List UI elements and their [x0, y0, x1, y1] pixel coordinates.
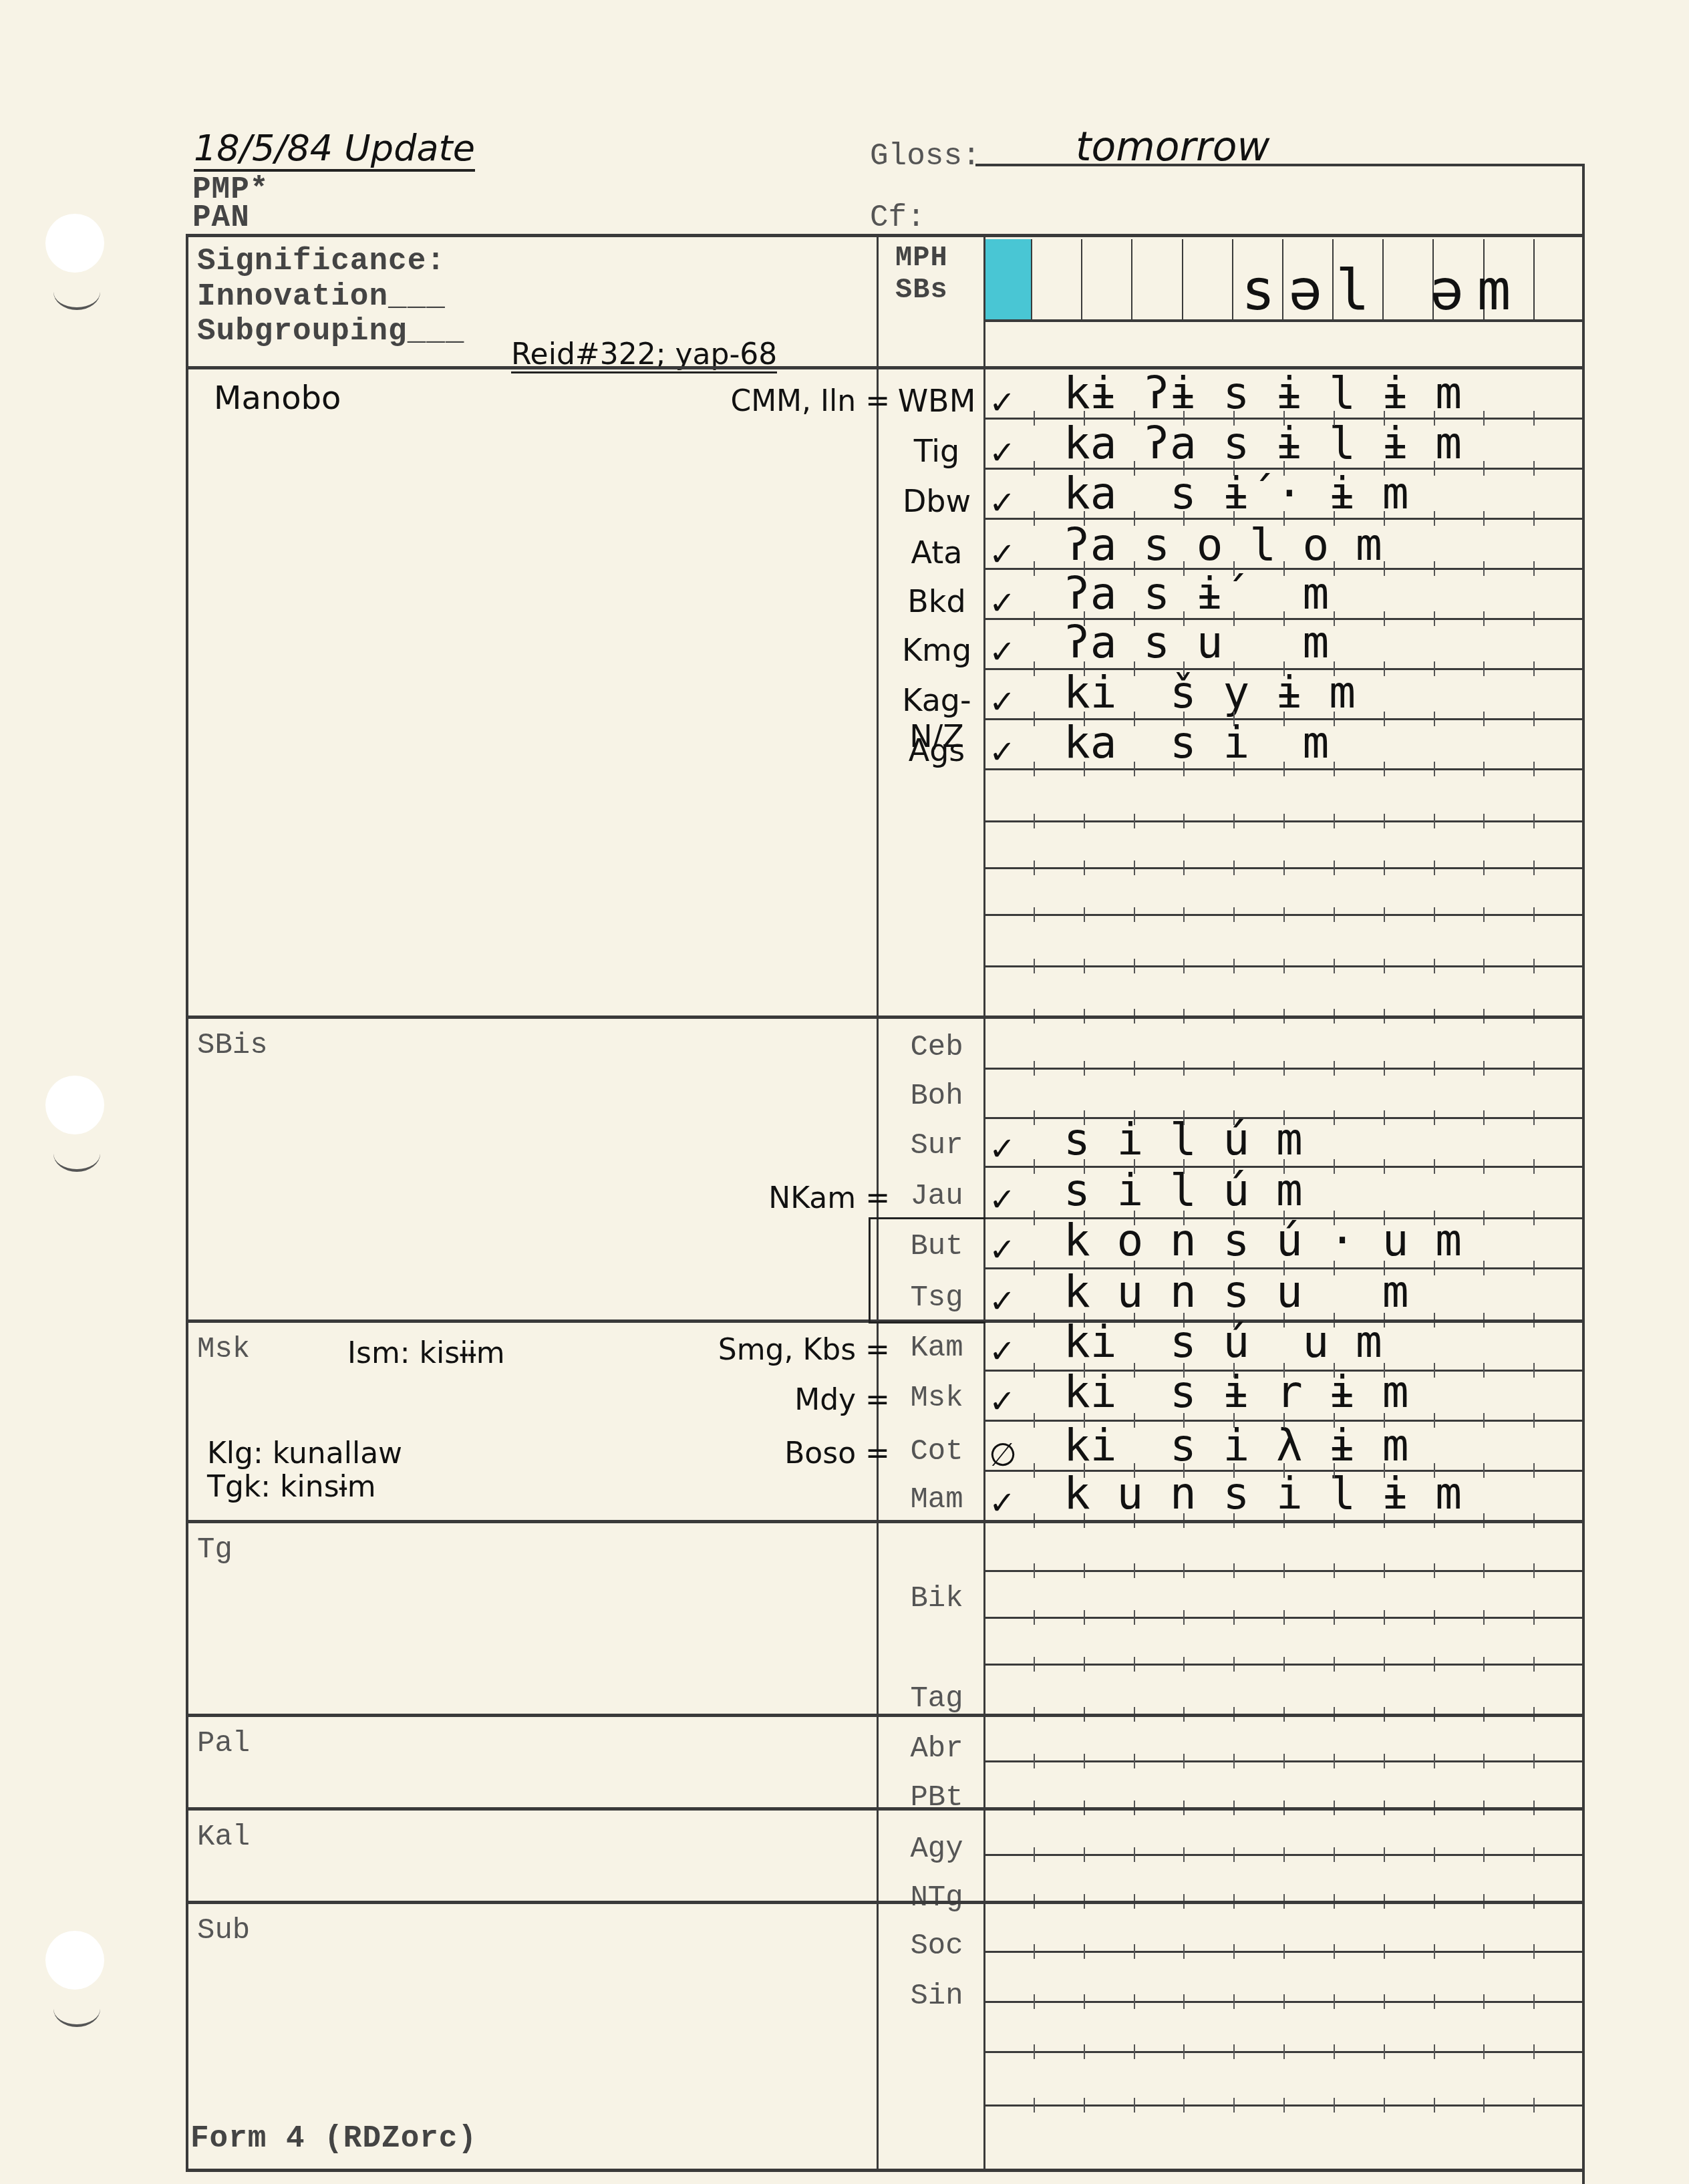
- binder-hole-top-shadow: [53, 274, 100, 310]
- grid-tick: [1334, 1061, 1335, 1076]
- grid-tick: [1233, 1463, 1235, 1478]
- grid-tick: [1034, 661, 1035, 676]
- binder-hole-bottom: [45, 1931, 104, 1990]
- grid-tick: [1334, 511, 1335, 526]
- grid-tick: [1233, 411, 1235, 426]
- grid-tick: [1084, 2098, 1085, 2113]
- grid-tick: [1334, 611, 1335, 626]
- grid-tick: [1334, 1363, 1335, 1378]
- grid-tick: [1334, 959, 1335, 973]
- grid-tick: [1533, 661, 1535, 676]
- grid-tick: [1084, 1159, 1085, 1174]
- row-label: Bik: [890, 1582, 983, 1615]
- grid-tick: [1483, 1363, 1485, 1378]
- grid-tick: [1183, 959, 1185, 973]
- grid-tick: [1384, 1363, 1385, 1378]
- row-label: Bkd: [890, 583, 983, 619]
- grid-tick: [1084, 1363, 1085, 1378]
- grid-tick: [1283, 762, 1285, 776]
- grid-tick: [1283, 712, 1285, 726]
- grid-tick: [1533, 411, 1535, 426]
- grid-tick: [1434, 1847, 1435, 1862]
- row-label: NTg: [890, 1881, 983, 1915]
- grid-tick: [1334, 1610, 1335, 1625]
- grid-tick: [1034, 1261, 1035, 1275]
- row-reflex-form: ki s ɨ r ɨ m: [1064, 1366, 1409, 1418]
- grid-tick: [1283, 1847, 1285, 1862]
- grid-tick: [1034, 1563, 1035, 1578]
- proto-cell-divider: [1182, 239, 1183, 321]
- grid-tick: [1384, 1994, 1385, 2009]
- grid-tick: [1034, 1463, 1035, 1478]
- grid-tick: [1183, 814, 1185, 828]
- section-note: Tgk: kinsɨm: [207, 1470, 376, 1504]
- grid-tick: [1283, 1110, 1285, 1125]
- grid-tick: [1134, 1159, 1135, 1174]
- row-reflex-form: ki š y ɨ m: [1064, 667, 1356, 718]
- grid-tick: [1084, 1211, 1085, 1225]
- grid-tick: [1134, 511, 1135, 526]
- grid-tick: [1084, 611, 1085, 626]
- grid-tick: [1134, 861, 1135, 875]
- grid-tick: [1533, 861, 1535, 875]
- grid-tick: [1283, 661, 1285, 676]
- proto-cell-divider: [1031, 239, 1032, 321]
- grid-tick: [1183, 561, 1185, 576]
- proto-label-sbs: SBs: [895, 274, 948, 306]
- grid-tick: [1283, 1061, 1285, 1076]
- grid-tick: [1084, 861, 1085, 875]
- grid-tick: [1233, 2044, 1235, 2059]
- grid-tick: [1384, 611, 1385, 626]
- grid-tick: [1533, 1847, 1535, 1862]
- grid-tick: [1183, 1211, 1185, 1225]
- grid-tick: [1533, 1754, 1535, 1768]
- grid-tick: [1384, 511, 1385, 526]
- row-check-mark: ✓: [989, 1485, 1016, 1522]
- grid-tick: [1034, 1847, 1035, 1862]
- grid-tick: [1533, 1994, 1535, 2009]
- grid-tick: [1533, 762, 1535, 776]
- grid-tick: [1334, 411, 1335, 426]
- grid-tick: [1334, 561, 1335, 576]
- grid-tick: [1134, 1211, 1135, 1225]
- grid-tick: [1533, 1261, 1535, 1275]
- grid-tick: [1084, 762, 1085, 776]
- grid-tick: [1034, 814, 1035, 828]
- grid-tick: [1183, 861, 1185, 875]
- grid-tick: [1134, 1563, 1135, 1578]
- row-check-mark: ✓: [989, 1283, 1016, 1320]
- row-label: Sin: [890, 1980, 983, 2013]
- grid-tick: [1183, 1754, 1185, 1768]
- grid-tick: [1384, 959, 1385, 973]
- grid-tick: [1233, 712, 1235, 726]
- but-tsg-bracket: [869, 1217, 985, 1323]
- row-reflex-form: k o n s ú · u m: [1064, 1215, 1462, 1266]
- grid-tick: [1134, 411, 1135, 426]
- frame-bottom: [186, 2169, 1585, 2172]
- grid-tick: [1134, 1363, 1135, 1378]
- row-label: Sur: [890, 1129, 983, 1162]
- grid-tick: [1483, 907, 1485, 922]
- grid-tick: [1183, 1463, 1185, 1478]
- grid-tick: [1533, 959, 1535, 973]
- row-label: Abr: [890, 1732, 983, 1766]
- section-label-manobo: Manobo: [214, 379, 341, 417]
- grid-tick: [1283, 1159, 1285, 1174]
- grid-tick: [1334, 2044, 1335, 2059]
- grid-tick: [1483, 461, 1485, 476]
- row-label: Tag: [890, 1682, 983, 1716]
- grid-tick: [1233, 2098, 1235, 2113]
- grid-tick: [1084, 511, 1085, 526]
- grid-tick: [1283, 1413, 1285, 1428]
- grid-tick: [1483, 814, 1485, 828]
- row-reflex-form: ki s ú u m: [1064, 1316, 1382, 1368]
- grid-tick: [1084, 1610, 1085, 1625]
- grid-tick: [1084, 1463, 1085, 1478]
- grid-tick: [1434, 1944, 1435, 1959]
- grid-tick: [1233, 1159, 1235, 1174]
- grid-tick: [1134, 1610, 1135, 1625]
- proto-cell-divider: [1533, 239, 1535, 321]
- grid-tick: [1183, 461, 1185, 476]
- grid-tick: [1233, 461, 1235, 476]
- grid-tick: [1233, 1061, 1235, 1076]
- grid-tick: [1084, 461, 1085, 476]
- grid-tick: [1134, 1847, 1135, 1862]
- grid-tick: [1183, 1657, 1185, 1672]
- gloss-label: Gloss:: [870, 139, 981, 174]
- grid-tick: [1233, 1110, 1235, 1125]
- grid-tick: [1084, 1944, 1085, 1959]
- grid-tick: [1233, 1363, 1235, 1378]
- row-label: Jau: [890, 1180, 983, 1213]
- grid-tick: [1384, 1657, 1385, 1672]
- grid-tick: [1434, 1261, 1435, 1275]
- section-label-sub: Sub: [197, 1914, 250, 1947]
- row-reflex-form: ka ʔa s ɨ l ɨ m: [1064, 418, 1462, 469]
- grid-tick: [1134, 1657, 1135, 1672]
- grid-tick: [1483, 861, 1485, 875]
- grid-tick: [1134, 814, 1135, 828]
- grid-tick: [1134, 1061, 1135, 1076]
- grid-tick: [1034, 561, 1035, 576]
- grid-tick: [1434, 511, 1435, 526]
- grid-tick: [1233, 907, 1235, 922]
- binder-hole-middle-shadow: [53, 1136, 100, 1172]
- grid-tick: [1183, 2098, 1185, 2113]
- grid-tick: [1183, 1944, 1185, 1959]
- row-check-mark: ✓: [989, 1383, 1016, 1420]
- row-reflex-form: ʔa s u m: [1064, 617, 1329, 668]
- form-footer-label: Form 4 (RDZorc): [190, 2121, 477, 2156]
- grid-tick: [1233, 1211, 1235, 1225]
- grid-tick: [1233, 1610, 1235, 1625]
- grid-tick: [1533, 1211, 1535, 1225]
- grid-tick: [1183, 762, 1185, 776]
- proto-cell-divider: [1232, 239, 1233, 321]
- grid-tick: [1034, 1363, 1035, 1378]
- grid-tick: [1434, 1110, 1435, 1125]
- grid-tick: [1483, 1754, 1485, 1768]
- row-label: Msk: [890, 1382, 983, 1415]
- grid-tick: [1034, 762, 1035, 776]
- proto-highlight-cell: [985, 239, 1031, 319]
- grid-tick: [1384, 1413, 1385, 1428]
- grid-tick: [1533, 1563, 1535, 1578]
- row-label: Soc: [890, 1929, 983, 1963]
- grid-tick: [1434, 762, 1435, 776]
- grid-tick: [1434, 1061, 1435, 1076]
- grid-tick: [1283, 2044, 1285, 2059]
- row-reflex-form: k u n s i l ɨ m: [1064, 1468, 1462, 1519]
- grid-tick: [1233, 561, 1235, 576]
- grid-tick: [1434, 2098, 1435, 2113]
- grid-tick: [1134, 461, 1135, 476]
- row-label: Kmg: [890, 632, 983, 668]
- proto-label-mph: MPH: [895, 242, 948, 274]
- grid-tick: [1183, 1110, 1185, 1125]
- grid-tick: [1283, 1363, 1285, 1378]
- row-label: Kam: [890, 1332, 983, 1365]
- grid-tick: [1483, 411, 1485, 426]
- grid-tick: [1533, 1944, 1535, 1959]
- grid-tick: [1084, 907, 1085, 922]
- grid-tick: [1434, 411, 1435, 426]
- row-check-mark: ✓: [989, 585, 1016, 622]
- grid-tick: [1183, 1061, 1185, 1076]
- grid-tick: [1483, 2098, 1485, 2113]
- grid-tick: [1183, 1563, 1185, 1578]
- grid-tick: [1084, 814, 1085, 828]
- grid-tick: [1483, 762, 1485, 776]
- row-check-mark: ✓: [989, 1181, 1016, 1219]
- grid-tick: [1283, 1261, 1285, 1275]
- grid-tick: [1384, 1610, 1385, 1625]
- grid-tick: [1134, 762, 1135, 776]
- grid-tick: [1183, 511, 1185, 526]
- section-divider-sub: [186, 1901, 1583, 1904]
- pan-label: PAN: [192, 200, 250, 235]
- grid-tick: [1384, 1110, 1385, 1125]
- grid-tick: [1384, 411, 1385, 426]
- section-divider-tg: [186, 1520, 1583, 1523]
- grid-tick: [1233, 611, 1235, 626]
- grid-tick: [1384, 1463, 1385, 1478]
- grid-tick: [1134, 561, 1135, 576]
- section-divider-pal: [186, 1714, 1583, 1717]
- proto-reconstruction: səl əm: [1241, 257, 1524, 323]
- grid-tick: [1533, 611, 1535, 626]
- grid-tick: [1483, 611, 1485, 626]
- grid-tick: [1034, 1994, 1035, 2009]
- grid-tick: [1034, 712, 1035, 726]
- grid-tick: [1084, 1657, 1085, 1672]
- grid-tick: [1134, 1463, 1135, 1478]
- proto-cell-divider: [1081, 239, 1082, 321]
- grid-tick: [1434, 461, 1435, 476]
- grid-tick: [1483, 1657, 1485, 1672]
- row-label: Ags: [890, 732, 983, 768]
- row-reflex-form: k u n s u m: [1064, 1266, 1409, 1317]
- row-check-mark: ✓: [989, 484, 1016, 522]
- row-label: Dbw: [890, 483, 983, 519]
- grid-tick: [1483, 1110, 1485, 1125]
- grid-tick: [1384, 1159, 1385, 1174]
- grid-tick: [1334, 1657, 1335, 1672]
- row-reflex-form: ki s i λ ɨ m: [1064, 1420, 1409, 1471]
- grid-tick: [1034, 959, 1035, 973]
- grid-tick: [1283, 1211, 1285, 1225]
- grid-tick: [1384, 861, 1385, 875]
- grid-tick: [1084, 1563, 1085, 1578]
- grid-tick: [1084, 1261, 1085, 1275]
- binder-hole-middle: [45, 1076, 104, 1134]
- grid-tick: [1283, 907, 1285, 922]
- grid-tick: [1384, 1211, 1385, 1225]
- row-check-mark: ✓: [989, 434, 1016, 472]
- row-label: Mam: [890, 1483, 983, 1517]
- row-label: Boh: [890, 1080, 983, 1113]
- grid-tick: [1283, 1610, 1285, 1625]
- row-equivalence: CMM, Iln =: [609, 384, 890, 418]
- grid-tick: [1233, 1563, 1235, 1578]
- grid-tick: [1384, 461, 1385, 476]
- grid-tick: [1084, 1061, 1085, 1076]
- grid-tick: [1233, 1754, 1235, 1768]
- grid-tick: [1483, 1211, 1485, 1225]
- grid-tick: [1233, 1413, 1235, 1428]
- grid-tick: [1183, 1413, 1185, 1428]
- grid-tick: [1483, 661, 1485, 676]
- row-check-mark: ✓: [989, 633, 1016, 671]
- grid-tick: [1034, 1159, 1035, 1174]
- grid-tick: [1533, 1463, 1535, 1478]
- grid-tick: [1434, 2044, 1435, 2059]
- grid-tick: [1483, 1061, 1485, 1076]
- grid-tick: [1084, 411, 1085, 426]
- grid-tick: [1283, 1994, 1285, 2009]
- row-check-mark: ✓: [989, 683, 1016, 721]
- row-reflex-form: ka s i m: [1064, 717, 1329, 768]
- grid-tick: [1483, 511, 1485, 526]
- grid-tick: [1533, 1159, 1535, 1174]
- grid-tick: [1483, 959, 1485, 973]
- grid-tick: [1434, 1994, 1435, 2009]
- grid-tick: [1233, 1657, 1235, 1672]
- grid-tick: [1334, 1110, 1335, 1125]
- grid-tick: [1384, 661, 1385, 676]
- grid-tick: [1384, 814, 1385, 828]
- grid-tick: [1034, 907, 1035, 922]
- grid-tick: [1084, 1994, 1085, 2009]
- grid-tick: [1334, 1159, 1335, 1174]
- grid-tick: [1434, 1610, 1435, 1625]
- grid-tick: [1283, 411, 1285, 426]
- row-equivalence: NKam =: [609, 1181, 890, 1215]
- grid-tick: [1183, 1363, 1185, 1378]
- row-label: Cot: [890, 1435, 983, 1468]
- row-check-mark: ∅: [989, 1436, 1017, 1474]
- grid-tick: [1334, 762, 1335, 776]
- grid-tick: [1334, 1944, 1335, 1959]
- grid-tick: [1533, 2044, 1535, 2059]
- grid-tick: [1533, 1413, 1535, 1428]
- grid-tick: [1334, 2098, 1335, 2113]
- frame-right-top: [1582, 164, 1585, 2184]
- grid-tick: [1533, 561, 1535, 576]
- grid-tick: [1084, 959, 1085, 973]
- grid-tick: [1283, 611, 1285, 626]
- grid-tick: [1483, 1413, 1485, 1428]
- grid-tick: [1084, 2044, 1085, 2059]
- grid-tick: [1533, 712, 1535, 726]
- grid-tick: [1434, 814, 1435, 828]
- data-column-left: [983, 234, 985, 2171]
- section-divider-sbis: [186, 1016, 1583, 1019]
- grid-tick: [1134, 1261, 1135, 1275]
- grid-tick: [1183, 661, 1185, 676]
- grid-tick: [1334, 1261, 1335, 1275]
- row-label: Agy: [890, 1833, 983, 1866]
- grid-tick: [1034, 1944, 1035, 1959]
- grid-tick: [1434, 1657, 1435, 1672]
- grid-tick: [1034, 2098, 1035, 2113]
- row-label: WBM: [890, 383, 983, 419]
- grid-tick: [1034, 1110, 1035, 1125]
- grid-tick: [1434, 1754, 1435, 1768]
- grid-tick: [1283, 1754, 1285, 1768]
- grid-tick: [1384, 907, 1385, 922]
- grid-tick: [1434, 1463, 1435, 1478]
- grid-tick: [1034, 611, 1035, 626]
- grid-tick: [1483, 1847, 1485, 1862]
- grid-tick: [1334, 1413, 1335, 1428]
- row-reflex-form: ka s ɨ́ · ɨ m: [1064, 468, 1409, 519]
- grid-tick: [1434, 712, 1435, 726]
- grid-tick: [1483, 1563, 1485, 1578]
- grid-tick: [1183, 907, 1185, 922]
- grid-tick: [1183, 1610, 1185, 1625]
- grid-tick: [1283, 959, 1285, 973]
- grid-tick: [1434, 907, 1435, 922]
- grid-tick: [1334, 1211, 1335, 1225]
- grid-tick: [1434, 1363, 1435, 1378]
- grid-tick: [1233, 511, 1235, 526]
- grid-tick: [1334, 1563, 1335, 1578]
- grid-tick: [1084, 1413, 1085, 1428]
- grid-tick: [1483, 1944, 1485, 1959]
- grid-tick: [1283, 861, 1285, 875]
- grid-tick: [1334, 1463, 1335, 1478]
- grid-tick: [1533, 2098, 1535, 2113]
- grid-tick: [1384, 2098, 1385, 2113]
- section-label-sbis: SBis: [197, 1029, 268, 1062]
- grid-tick: [1384, 1847, 1385, 1862]
- grid-tick: [1034, 1657, 1035, 1672]
- row-check-mark: ✓: [989, 1333, 1016, 1370]
- grid-tick: [1183, 1847, 1185, 1862]
- grid-tick: [1134, 907, 1135, 922]
- grid-tick: [1533, 1061, 1535, 1076]
- grid-tick: [1334, 461, 1335, 476]
- grid-tick: [1084, 1110, 1085, 1125]
- grid-tick: [1134, 1110, 1135, 1125]
- grid-tick: [1483, 1159, 1485, 1174]
- grid-tick: [1183, 611, 1185, 626]
